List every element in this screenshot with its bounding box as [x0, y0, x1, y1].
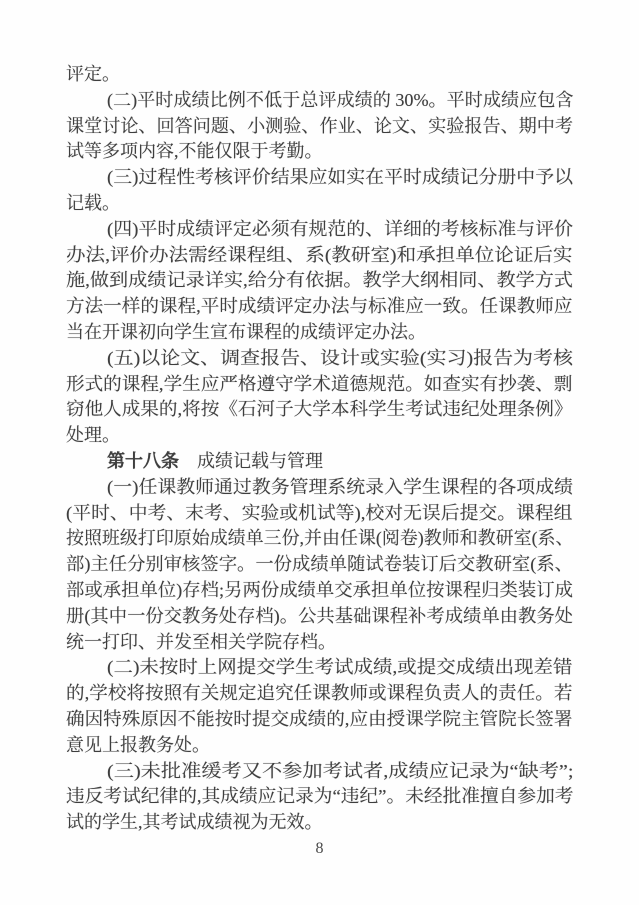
- text-segment: (三)未批准缓考又不参加考试者,成绩应记录为“缺考”;: [107, 761, 574, 781]
- text-run: 记载。: [66, 191, 120, 217]
- text-run: (三)未批准缓考又不参加考试者,成绩应记录为“缺考”;: [107, 759, 574, 785]
- text-segment: 施,做到成绩记录详实,给分有依据。教学大纲相同、教学方式: [66, 270, 573, 290]
- text-run: 试等多项内容,不能仅限于考勤。: [66, 139, 323, 165]
- text-line: 部)主任分别审核签字。一份成绩单随试卷装订后交教研室(系、: [66, 552, 573, 578]
- text-segment: 部)主任分别审核签字。一份成绩单随试卷装订后交教研室(系、: [66, 554, 573, 574]
- text-segment: 成绩记载与管理: [179, 451, 323, 471]
- text-run: 册(其中一份交教务处存档)。公共基础课程补考成绩单由教务处: [66, 604, 573, 630]
- text-line: (二)未按时上网提交学生考试成绩,或提交成绩出现差错: [66, 655, 573, 681]
- text-run: (二)未按时上网提交学生考试成绩,或提交成绩出现差错: [107, 655, 572, 681]
- text-run: (五)以论文、调查报告、设计或实验(实习)报告为考核: [107, 346, 573, 372]
- text-line: 册(其中一份交教务处存档)。公共基础课程补考成绩单由教务处: [66, 604, 573, 630]
- text-run: 当在开课初向学生宣布课程的成绩评定办法。: [66, 320, 426, 346]
- text-run: 的,学校将按照有关规定追究任课教师或课程负责人的责任。若: [66, 681, 572, 707]
- text-segment: 窃他人成果的,将按《石河子大学本科学生考试违纪处理条例》: [66, 399, 572, 419]
- text-run: 确因特殊原因不能按时提交成绩的,应由授课学院主管院长签署: [66, 707, 572, 733]
- text-line: (二)平时成绩比例不低于总评成绩的 30%。平时成绩应包含: [66, 88, 573, 114]
- text-run: 方法一样的课程,平时成绩评定办法与标准应一致。任课教师应: [66, 294, 572, 320]
- text-segment: 当在开课初向学生宣布课程的成绩评定办法。: [66, 322, 426, 342]
- text-segment: 方法一样的课程,平时成绩评定办法与标准应一致。任课教师应: [66, 296, 572, 316]
- text-line: 施,做到成绩记录详实,给分有依据。教学大纲相同、教学方式: [66, 268, 573, 294]
- text-line: 办法,评价办法需经课程组、系(教研室)和承担单位论证后实: [66, 243, 573, 269]
- text-run: 试的学生,其考试成绩视为无效。: [66, 810, 323, 836]
- text-run: 违反考试纪律的,其成绩应记录为“违纪”。未经批准擅自参加考: [66, 784, 574, 810]
- text-segment: 违反考试纪律的,其成绩应记录为“违纪”。未经批准擅自参加考: [66, 786, 574, 806]
- text-segment: 形式的课程,学生应严格遵守学术道德规范。如查实有抄袭、剽: [66, 374, 572, 394]
- text-run: 处理。: [66, 423, 120, 449]
- text-run: 统一打印、并发至相关学院存档。: [66, 630, 336, 656]
- document-body: 评定。(二)平时成绩比例不低于总评成绩的 30%。平时成绩应包含课堂讨论、回答问…: [66, 62, 573, 836]
- text-line: (三)未批准缓考又不参加考试者,成绩应记录为“缺考”;: [66, 759, 573, 785]
- text-run: 课堂讨论、回答问题、小测验、作业、论文、实验报告、期中考: [66, 114, 573, 140]
- text-segment: (三)过程性考核评价结果应如实在平时成绩记分册中予以: [107, 167, 573, 187]
- text-segment: 的,学校将按照有关规定追究任课教师或课程负责人的责任。若: [66, 683, 572, 703]
- text-segment: (二)未按时上网提交学生考试成绩,或提交成绩出现差错: [107, 657, 572, 677]
- text-segment: 评定。: [66, 64, 120, 84]
- text-line: (三)过程性考核评价结果应如实在平时成绩记分册中予以: [66, 165, 573, 191]
- document-page: 评定。(二)平时成绩比例不低于总评成绩的 30%。平时成绩应包含课堂讨论、回答问…: [0, 0, 639, 905]
- text-run: 按照班级打印原始成绩单三份,并由任课(阅卷)教师和教研室(系、: [66, 526, 573, 552]
- text-run: (四)平时成绩评定必须有规范的、详细的考核标准与评价: [107, 217, 573, 243]
- text-line: 的,学校将按照有关规定追究任课教师或课程负责人的责任。若: [66, 681, 573, 707]
- text-line: 违反考试纪律的,其成绩应记录为“违纪”。未经批准擅自参加考: [66, 784, 573, 810]
- text-segment: 记载。: [66, 193, 120, 213]
- text-run: 部)主任分别审核签字。一份成绩单随试卷装订后交教研室(系、: [66, 552, 573, 578]
- text-run: 部或承担单位)存档;另两份成绩单交承担单位按课程归类装订成: [66, 578, 573, 604]
- text-segment: 统一打印、并发至相关学院存档。: [66, 632, 336, 652]
- text-segment: 确因特殊原因不能按时提交成绩的,应由授课学院主管院长签署: [66, 709, 572, 729]
- text-line: (一)任课教师通过教务管理系统录入学生课程的各项成绩: [66, 475, 573, 501]
- text-line: 评定。: [66, 62, 573, 88]
- text-segment: 办法,评价办法需经课程组、系(教研室)和承担单位论证后实: [66, 245, 572, 265]
- text-run: 评定。: [66, 62, 120, 88]
- text-line: (平时、中考、末考、实验或机试等),校对无误后提交。课程组: [66, 501, 573, 527]
- text-segment: 册(其中一份交教务处存档)。公共基础课程补考成绩单由教务处: [66, 606, 573, 626]
- text-line: 课堂讨论、回答问题、小测验、作业、论文、实验报告、期中考: [66, 114, 573, 140]
- text-line: 确因特殊原因不能按时提交成绩的,应由授课学院主管院长签署: [66, 707, 573, 733]
- text-run: 第十八条 成绩记载与管理: [107, 449, 323, 475]
- text-line: 记载。: [66, 191, 573, 217]
- text-run: (一)任课教师通过教务管理系统录入学生课程的各项成绩: [107, 475, 573, 501]
- text-segment: (平时、中考、末考、实验或机试等),校对无误后提交。课程组: [66, 503, 572, 523]
- text-segment: (五)以论文、调查报告、设计或实验(实习)报告为考核: [107, 348, 573, 368]
- text-segment: (四)平时成绩评定必须有规范的、详细的考核标准与评价: [107, 219, 573, 239]
- text-segment: (二)平时成绩比例不低于总评成绩的 30%。平时成绩应包含: [107, 90, 573, 110]
- text-segment: (一)任课教师通过教务管理系统录入学生课程的各项成绩: [107, 477, 573, 497]
- text-segment: 意见上报教务处。: [66, 735, 210, 755]
- text-segment: 部或承担单位)存档;另两份成绩单交承担单位按课程归类装订成: [66, 580, 573, 600]
- text-line: 当在开课初向学生宣布课程的成绩评定办法。: [66, 320, 573, 346]
- text-line: 试等多项内容,不能仅限于考勤。: [66, 139, 573, 165]
- text-line: 部或承担单位)存档;另两份成绩单交承担单位按课程归类装订成: [66, 578, 573, 604]
- text-line: 方法一样的课程,平时成绩评定办法与标准应一致。任课教师应: [66, 294, 573, 320]
- page-number: 8: [0, 836, 639, 862]
- text-run: (三)过程性考核评价结果应如实在平时成绩记分册中予以: [107, 165, 573, 191]
- text-segment: 处理。: [66, 425, 120, 445]
- text-line: 处理。: [66, 423, 573, 449]
- text-run: 施,做到成绩记录详实,给分有依据。教学大纲相同、教学方式: [66, 268, 573, 294]
- text-line: (四)平时成绩评定必须有规范的、详细的考核标准与评价: [66, 217, 573, 243]
- text-line: 统一打印、并发至相关学院存档。: [66, 630, 573, 656]
- text-run: 窃他人成果的,将按《石河子大学本科学生考试违纪处理条例》: [66, 397, 572, 423]
- text-segment: 按照班级打印原始成绩单三份,并由任课(阅卷)教师和教研室(系、: [66, 528, 573, 548]
- text-run: 办法,评价办法需经课程组、系(教研室)和承担单位论证后实: [66, 243, 572, 269]
- text-line: 形式的课程,学生应严格遵守学术道德规范。如查实有抄袭、剽: [66, 372, 573, 398]
- article-number: 第十八条: [107, 451, 179, 471]
- text-run: (平时、中考、末考、实验或机试等),校对无误后提交。课程组: [66, 501, 572, 527]
- text-run: 意见上报教务处。: [66, 733, 210, 759]
- text-line: 试的学生,其考试成绩视为无效。: [66, 810, 573, 836]
- text-line: 窃他人成果的,将按《石河子大学本科学生考试违纪处理条例》: [66, 397, 573, 423]
- text-segment: 课堂讨论、回答问题、小测验、作业、论文、实验报告、期中考: [66, 116, 573, 136]
- text-line: 按照班级打印原始成绩单三份,并由任课(阅卷)教师和教研室(系、: [66, 526, 573, 552]
- text-line: 意见上报教务处。: [66, 733, 573, 759]
- text-segment: 试的学生,其考试成绩视为无效。: [66, 812, 323, 832]
- text-line: 第十八条 成绩记载与管理: [66, 449, 573, 475]
- text-segment: 试等多项内容,不能仅限于考勤。: [66, 141, 323, 161]
- text-run: (二)平时成绩比例不低于总评成绩的 30%。平时成绩应包含: [107, 88, 573, 114]
- text-line: (五)以论文、调查报告、设计或实验(实习)报告为考核: [66, 346, 573, 372]
- text-run: 形式的课程,学生应严格遵守学术道德规范。如查实有抄袭、剽: [66, 372, 572, 398]
